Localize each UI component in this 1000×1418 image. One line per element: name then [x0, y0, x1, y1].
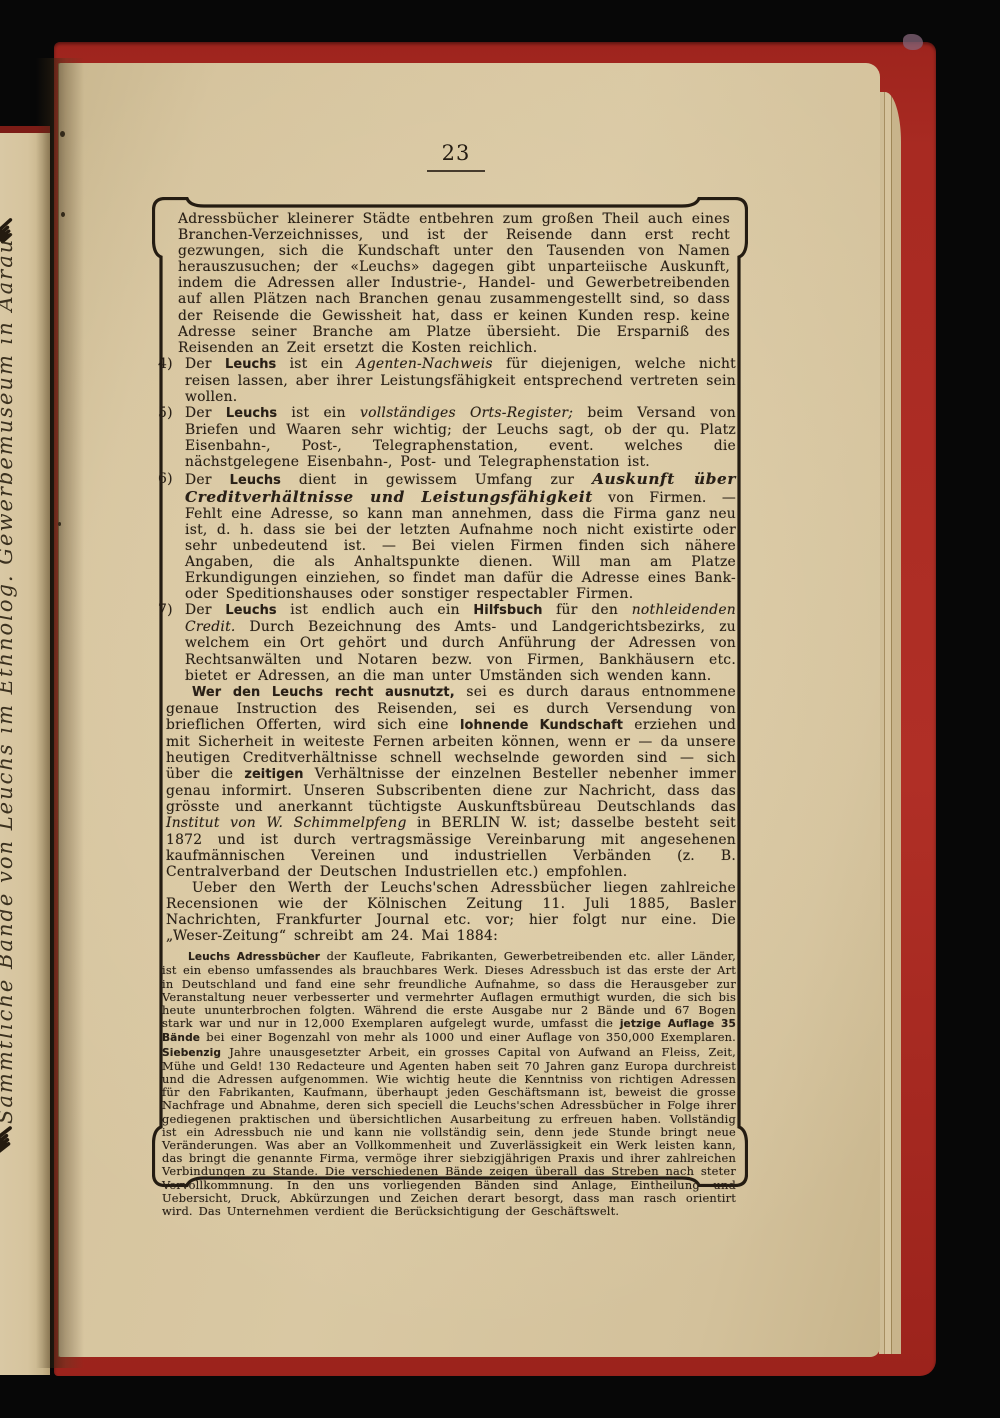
paragraph-reviews-intro: Ueber den Werth der Leuchs'schen Adressb…	[166, 880, 736, 944]
item-text: Der Leuchs ist endlich auch ein Hilfsbuc…	[185, 602, 736, 683]
page-number: 23	[376, 141, 536, 165]
item-text: Der Leuchs ist ein vollständiges Orts-Re…	[185, 405, 736, 470]
margin-note-vertical: Sämmtliche Bände von Leuchs im Ethnolog.…	[0, 258, 17, 1124]
book-page: 23 Adressbücher kleinerer Städte entbehr…	[58, 63, 880, 1357]
numbered-item-4: 4) Der Leuchs ist ein Agenten-Nachweis f…	[158, 356, 736, 405]
item-number: 7)	[158, 602, 185, 683]
item-number: 5)	[158, 405, 185, 470]
numbered-item-7: 7) Der Leuchs ist endlich auch ein Hilfs…	[158, 602, 736, 683]
ink-speck	[61, 212, 65, 217]
cover-smudge	[903, 34, 923, 50]
intro-paragraph: Adressbücher kleinerer Städte entbehren …	[178, 211, 730, 356]
text-column: Adressbücher kleinerer Städte entbehren …	[158, 211, 736, 1218]
item-number: 6)	[158, 471, 185, 603]
page-stack-edges	[879, 92, 901, 1354]
item-text: Der Leuchs dient in gewissem Umfang zur …	[185, 471, 736, 603]
ink-speck	[58, 522, 61, 526]
page-number-rule	[427, 170, 485, 172]
item-text: Der Leuchs ist ein Agenten-Nachweis für …	[185, 356, 736, 405]
page-header: 23	[376, 141, 536, 172]
paragraph-leuchs-usage: Wer den Leuchs recht ausnutzt, sei es du…	[166, 684, 736, 880]
numbered-item-6: 6) Der Leuchs dient in gewissem Umfang z…	[158, 471, 736, 603]
numbered-item-5: 5) Der Leuchs ist ein vollständiges Orts…	[158, 405, 736, 470]
item-number: 4)	[158, 356, 185, 405]
ink-speck	[60, 131, 65, 137]
review-quote-weser-zeitung: Leuchs Adressbücher der Kaufleute, Fabri…	[162, 950, 736, 1218]
scanned-book-photo: { "page": { "number": "23" }, "margin": …	[0, 0, 1000, 1418]
